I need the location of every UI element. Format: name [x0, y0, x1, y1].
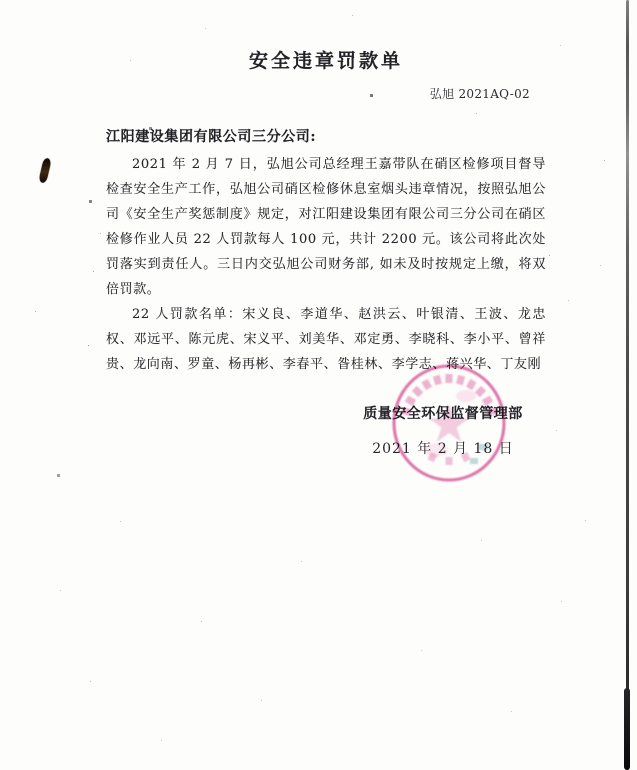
scanned-document-page: 安全违章罚款单 弘旭 2021AQ-02 江阳建设集团有限公司三分公司: 202… [0, 0, 637, 770]
scan-noise-speckles [0, 0, 1, 1]
signature-date: 2021 年 2 月 18 日 [332, 438, 554, 458]
signature-block: 质量安全环保监督管理部 2021 年 2 月 18 日 [332, 403, 554, 458]
scan-edge-shadow-bottom [624, 688, 630, 770]
signature-department: 质量安全环保监督管理部 [332, 403, 554, 423]
addressee-line: 江阳建设集团有限公司三分公司: [106, 126, 546, 146]
page-title: 安全违章罚款单 [106, 46, 546, 73]
body-paragraph: 2021 年 2 月 7 日，弘旭公司总经理王嘉带队在硝区检修项目督导检查安全生… [106, 152, 546, 302]
names-paragraph: 22 人罚款名单：宋义良、李道华、赵洪云、叶银清、王波、龙忠权、邓远平、陈元虎、… [106, 302, 546, 377]
document-number: 弘旭 2021AQ-02 [106, 85, 546, 102]
document-content: 安全违章罚款单 弘旭 2021AQ-02 江阳建设集团有限公司三分公司: 202… [106, 0, 546, 458]
scan-edge-shadow [626, 0, 629, 770]
ink-blot-artifact [38, 157, 51, 183]
